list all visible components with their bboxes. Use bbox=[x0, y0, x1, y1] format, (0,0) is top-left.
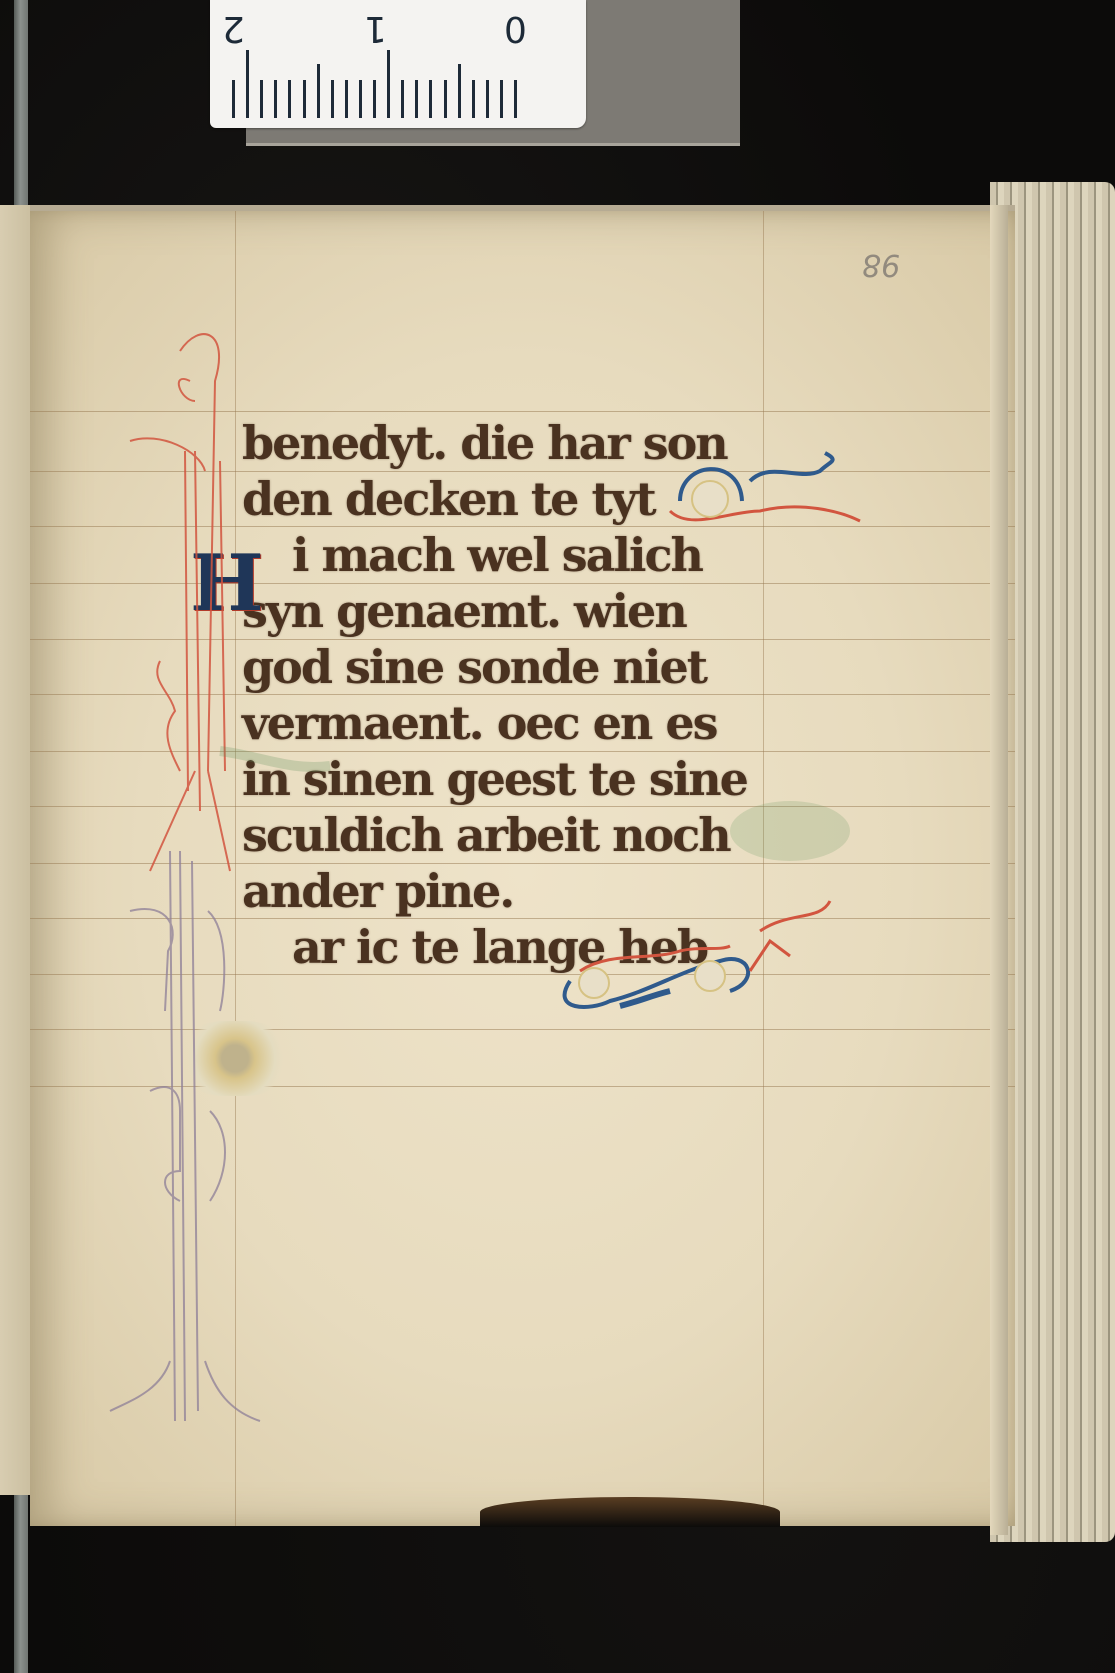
ruler-tick bbox=[373, 80, 376, 118]
ruler-tick bbox=[345, 80, 348, 118]
ruler-tick bbox=[317, 64, 320, 118]
ruler-tick bbox=[331, 80, 334, 118]
text-line: i mach wel salich bbox=[242, 528, 802, 583]
text-line: benedyt. die har son bbox=[242, 416, 802, 471]
gold-initial-d bbox=[180, 1021, 290, 1096]
ruler-tick bbox=[444, 80, 447, 118]
ruler-tick bbox=[288, 80, 291, 118]
ruler-label: 0 bbox=[504, 10, 527, 46]
ruler-tick bbox=[232, 80, 235, 118]
leaf-edges bbox=[990, 205, 1008, 1535]
text-line: syn genaemt. wien bbox=[242, 584, 802, 639]
text-line: vermaent. oec en es bbox=[242, 696, 802, 751]
ruler-tick bbox=[429, 80, 432, 118]
text-line: sculdich arbeit noch bbox=[242, 808, 802, 863]
ruler-tick bbox=[401, 80, 404, 118]
manuscript-page: 98 benedyt. die har son den decken te ty… bbox=[30, 205, 1015, 1526]
ruler-tick bbox=[303, 80, 306, 118]
ruler-tick bbox=[458, 64, 461, 118]
ruler-label: 2 bbox=[222, 10, 245, 46]
folio-number: 98 bbox=[862, 247, 900, 282]
text-line: ander pine. bbox=[242, 864, 802, 919]
text-line: in sinen geest te sine bbox=[242, 752, 802, 807]
ruler-tick bbox=[415, 80, 418, 118]
ruler-tick bbox=[274, 80, 277, 118]
ruler-tick bbox=[500, 80, 503, 118]
ruler-tick bbox=[260, 80, 263, 118]
ruler-tick bbox=[486, 80, 489, 118]
ruler-tick bbox=[359, 80, 362, 118]
ruling-line bbox=[30, 411, 1015, 412]
ruler-tick bbox=[472, 80, 475, 118]
ruling-line bbox=[30, 1086, 1015, 1087]
ruler-tick bbox=[387, 50, 390, 118]
ruler-tick bbox=[514, 80, 517, 118]
scale-ruler: 2 1 0 bbox=[210, 0, 586, 128]
ruler-label: 1 bbox=[364, 10, 387, 46]
torn-page-edge bbox=[480, 1497, 780, 1527]
ruling-line bbox=[30, 1029, 1015, 1030]
ruler-tick bbox=[246, 50, 249, 118]
ruling-line bbox=[235, 211, 236, 1526]
text-line: god sine sonde niet bbox=[242, 640, 802, 695]
blue-initial-h: H bbox=[190, 541, 290, 626]
